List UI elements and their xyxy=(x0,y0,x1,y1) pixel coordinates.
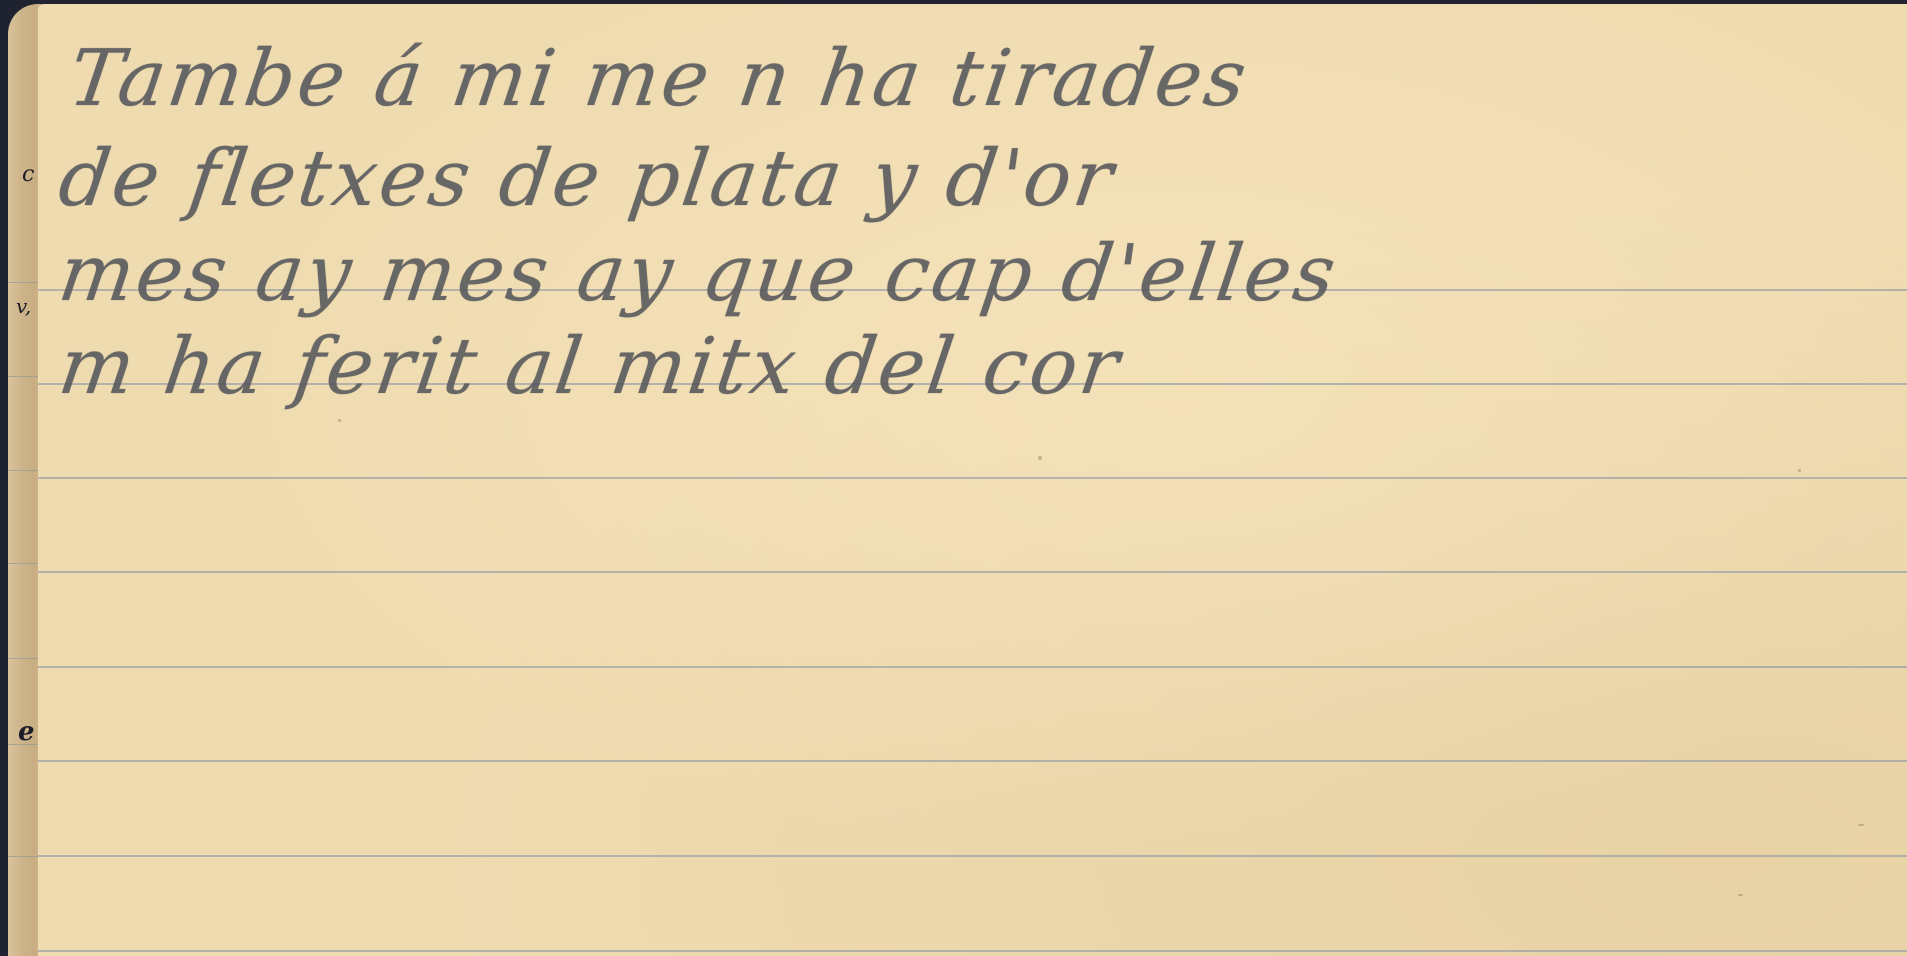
margin-mark: v, xyxy=(16,296,31,316)
edge-rule xyxy=(8,856,42,857)
handwriting-line-3: mes ay mes ay que cap d'elles xyxy=(54,229,1344,319)
handwriting-line-4: m ha ferit al mitx del cor xyxy=(54,322,1127,412)
edge-rule xyxy=(8,658,42,659)
edge-rule xyxy=(8,282,42,283)
edge-rule xyxy=(8,470,42,471)
handwriting-line-1: Tambe á mi me n ha tirades xyxy=(64,34,1255,124)
margin-mark: e xyxy=(18,719,35,745)
scanned-notebook-page: c v, e Tambe á mi me n ha tirades de fle… xyxy=(0,0,1907,956)
page-edge-strip: c v, e xyxy=(8,4,42,956)
margin-mark: c xyxy=(22,164,34,186)
edge-rule xyxy=(8,376,42,377)
edge-rule xyxy=(8,563,42,564)
handwritten-text: Tambe á mi me n ha tirades de fletxes de… xyxy=(38,4,1907,956)
notebook-page: Tambe á mi me n ha tirades de fletxes de… xyxy=(38,4,1907,956)
handwriting-line-2: de fletxes de plata y d'or xyxy=(54,134,1121,224)
